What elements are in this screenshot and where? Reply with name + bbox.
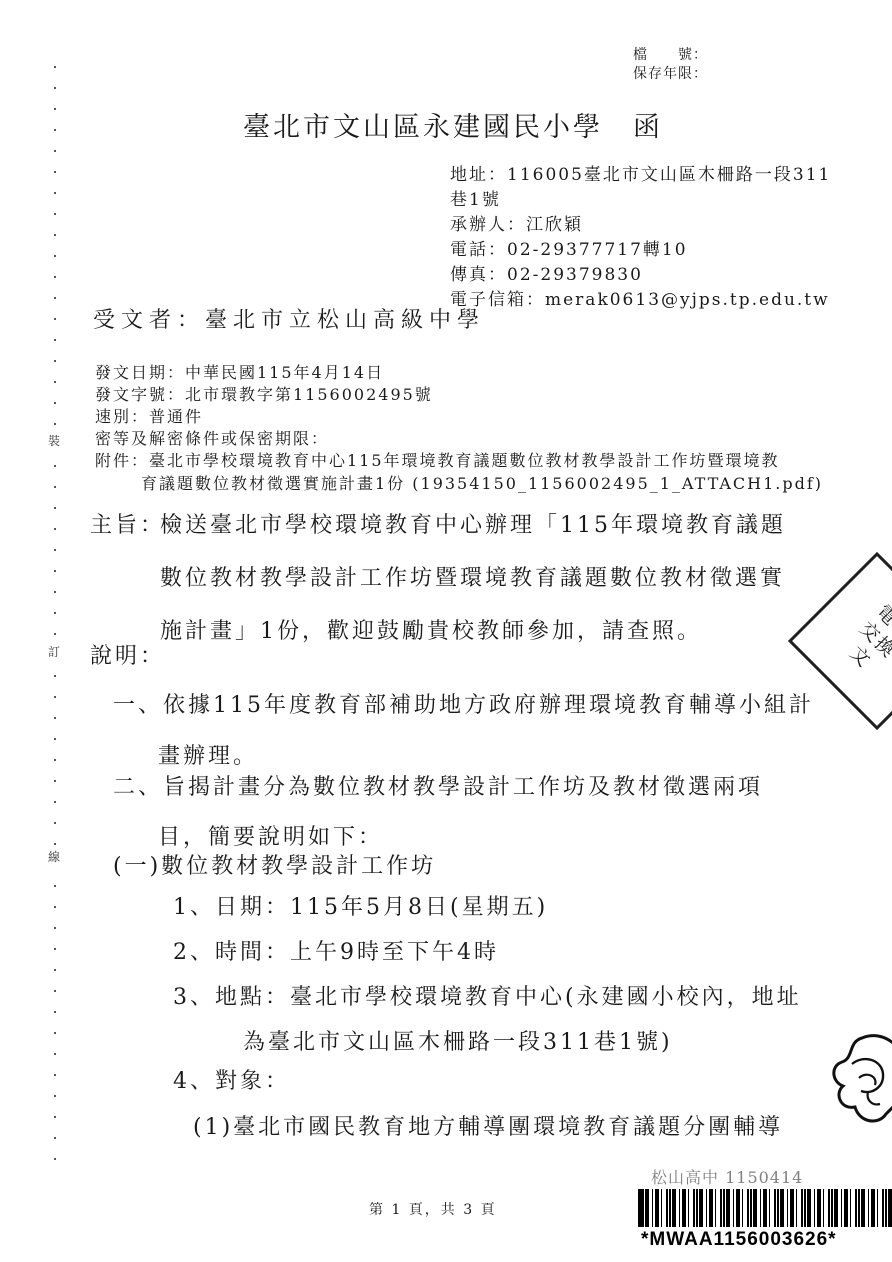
sender-address-line2: 巷1號: [450, 188, 831, 213]
issue-date: 發文日期：中華民國115年4月14日: [95, 364, 384, 382]
description-item1-line2: 畫辦理。: [158, 744, 258, 769]
document-title: 臺北市文山區永建國民小學 函: [243, 112, 663, 143]
binding-mark-ding: 訂: [47, 641, 61, 662]
sender-email: 電子信箱：merak0613@yjps.tp.edu.tw: [450, 288, 831, 313]
official-letter-page: 裝 訂 線 檔 號： 保存年限： 臺北市文山區永建國民小學 函 地址：11600…: [0, 0, 892, 1262]
description-item1-line1: 一、依據115年度教育部補助地方政府辦理環境教育輔導小組計: [113, 693, 814, 718]
subject-line1: 檢送臺北市學校環境教育中心辦理「115年環境教育議題: [160, 513, 786, 538]
workshop-location-line1: 3、地點：臺北市學校環境教育中心(永建國小校內，地址: [173, 985, 802, 1010]
barcode: [638, 1189, 892, 1227]
retention-period-label: 保存年限：: [633, 65, 708, 84]
attachment-line2: 育議題數位教材徵選實施計畫1份 (19354150_1156002495_1_A…: [141, 475, 823, 493]
speed-class: 速別：普通件: [95, 408, 203, 426]
recipient-reference: 松山高中 1150414: [651, 1169, 803, 1187]
binding-mark-xian: 線: [47, 846, 61, 867]
description-item2-line2: 目，簡要說明如下：: [158, 825, 383, 850]
barcode-value: *MWAA1156003626*: [641, 1229, 837, 1251]
workshop-time: 2、時間：上午9時至下午4時: [173, 940, 499, 965]
subject-label: 主旨：: [90, 513, 165, 538]
subject-line2: 數位教材教學設計工作坊暨環境教育議題數位教材徵選實: [160, 566, 785, 591]
binding-mark-zhuang: 裝: [47, 430, 61, 451]
description-label: 說明：: [90, 644, 165, 669]
attachment-line1: 附件：臺北市學校環境教育中心115年環境教育議題數位教材教學設計工作坊暨環境教: [95, 452, 780, 470]
sender-contact-block: 地址：116005臺北市文山區木柵路一段311 巷1號 承辦人：江欣穎 電話：0…: [450, 163, 831, 313]
recipient-line: 受文者：臺北市立松山高級中學: [93, 308, 485, 333]
filing-block: 檔 號： 保存年限：: [633, 46, 708, 84]
sender-phone: 電話：02-29377717轉10: [450, 238, 831, 263]
doc-number: 發文字號：北市環教字第1156002495號: [95, 386, 433, 404]
file-number-label: 檔 號：: [633, 46, 708, 65]
sender-fax: 傳真：02-29379830: [450, 263, 831, 288]
workshop-audience-label: 4、對象：: [173, 1069, 290, 1094]
sender-address-line1: 地址：116005臺北市文山區木柵路一段311: [450, 163, 831, 188]
workshop-date: 1、日期：115年5月8日(星期五): [173, 895, 548, 920]
workshop-audience-item1: (1)臺北市國民教育地方輔導團環境教育議題分團輔導: [193, 1115, 783, 1140]
binding-dotted-line: [54, 66, 56, 1172]
seal-flourish-icon: [828, 1032, 892, 1137]
description-item2-line1: 二、旨揭計畫分為數位教材教學設計工作坊及教材徵選兩項: [113, 775, 763, 800]
workshop-section-title: (一)數位教材教學設計工作坊: [113, 854, 436, 879]
security-class: 密等及解密條件或保密期限：: [95, 430, 329, 448]
subject-line3: 施計畫」1份，歡迎鼓勵貴校教師參加，請查照。: [160, 619, 702, 644]
sender-contact-person: 承辦人：江欣穎: [450, 213, 831, 238]
workshop-location-line2: 為臺北市文山區木柵路一段311巷1號): [243, 1030, 673, 1055]
page-number: 第 1 頁，共 3 頁: [369, 1202, 497, 1218]
